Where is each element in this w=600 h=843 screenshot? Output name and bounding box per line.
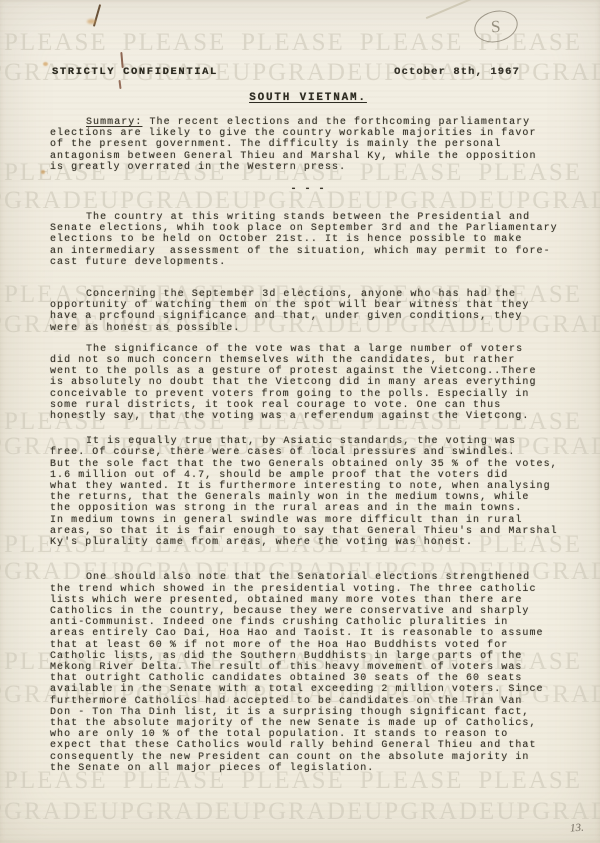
scanned-document-page: PLEASEPLEASEPLEASEPLEASEPLEASEUPGRADEUPG… <box>0 0 600 843</box>
body-paragraph: The country at this writing stands betwe… <box>50 212 566 268</box>
document-title: SOUTH VIETNAM. <box>50 92 566 104</box>
document-header: STRICTLY CONFIDENTIAL October 8th, 1967 <box>50 66 566 78</box>
summary-label: Summary: <box>86 117 142 128</box>
document-date: October 8th, 1967 <box>394 66 520 78</box>
body-paragraph: Concerning the September 3d elections, a… <box>50 289 566 334</box>
document-content: STRICTLY CONFIDENTIAL October 8th, 1967 … <box>0 0 600 843</box>
classification-label: STRICTLY CONFIDENTIAL <box>52 66 218 78</box>
handwritten-page-number: 13. <box>570 822 585 835</box>
body-paragraph: One should also note that the Senatorial… <box>50 572 566 774</box>
body-paragraph: The significance of the vote was that a … <box>50 344 566 422</box>
section-separator: - - - <box>50 184 566 195</box>
body-paragraph: It is equally true that, by Asiatic stan… <box>50 436 566 548</box>
summary-paragraph: Summary: The recent elections and the fo… <box>50 117 566 173</box>
